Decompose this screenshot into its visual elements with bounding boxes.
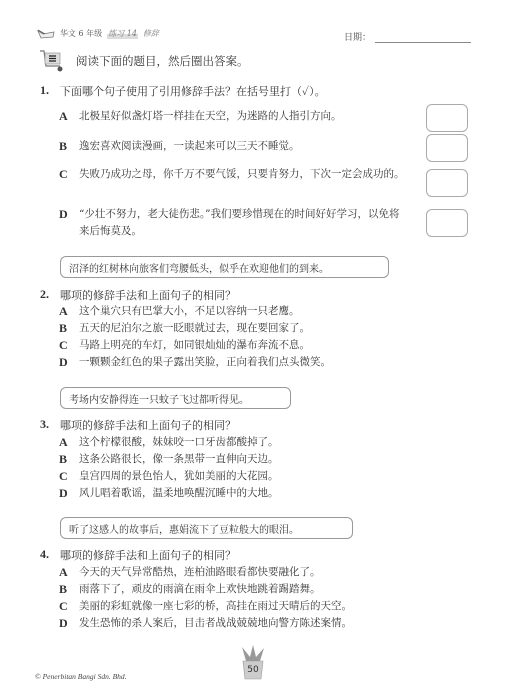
q3-option-c: C 皇宫四周的景色怡人，犹如美丽的大花园。 <box>59 468 279 485</box>
q3-option-b: B 这条公路很长，像一条黑带一直伸向天边。 <box>59 451 279 468</box>
q2-option-d: D 一颗颗金红色的果子露出笑脸，正向着我们点头微笑。 <box>59 354 331 371</box>
q2-option-b: B 五天的尼泊尔之旅一眨眼就过去，现在要回家了。 <box>59 320 310 337</box>
q2-option-c: C 马路上明亮的车灯，如同银灿灿的瀑布奔流不息。 <box>59 337 310 354</box>
page-number: 50 <box>238 645 268 681</box>
page-header: 华文 6 年级 练习 14 修辞 <box>37 28 159 39</box>
plant-pot-icon <box>238 645 268 681</box>
date-line[interactable] <box>375 33 471 43</box>
q2-quote-box: 沼泽的红树林向旅客们弯腰低头，似乎在欢迎他们的到来。 <box>60 256 389 278</box>
q3-option-a: A 这个柠檬很酸，妹妹咬一口牙齿都酸掉了。 <box>59 434 279 451</box>
q2-option-a: A 这个巢穴只有巴掌大小，不足以容纳一只老鹰。 <box>59 303 300 320</box>
copyright: © Penerbitan Bangi Sdn. Bhd. <box>35 672 127 681</box>
q4-option-b: B 雨落下了，顽皮的雨滴在雨伞上欢快地跳着踢踏舞。 <box>59 581 321 598</box>
q3-quote-box: 考场内安静得连一只蚊子飞过都听得见。 <box>60 387 291 409</box>
q3-option-d: D 风儿唱着歌谣，温柔地唤醒沉睡中的大地。 <box>59 485 279 502</box>
q1-option-b: B 逸宏喜欢阅读漫画，一读起来可以三天不睡觉。 <box>59 138 300 155</box>
q4-option-d: D 发生恐怖的杀人案后，目击者战战兢兢地向警方陈述案情。 <box>59 615 352 632</box>
question-2: 2. 哪项的修辞手法和上面句子的相同？ <box>40 287 236 303</box>
answer-box-a[interactable] <box>426 104 468 132</box>
book-title: 华文 6 年级 <box>60 28 102 39</box>
question-3: 3. 哪项的修辞手法和上面句子的相同？ <box>40 417 236 433</box>
q4-option-c: C 美丽的彩虹就像一座七彩的桥，高挂在雨过天晴后的天空。 <box>59 598 352 615</box>
q4-quote-box: 听了这感人的故事后，惠娟流下了豆粒般大的眼泪。 <box>60 517 353 539</box>
q4-option-a: A 今天的天气异常酷热，连柏油路眼看都快要融化了。 <box>59 564 321 581</box>
cart-list-icon <box>40 50 64 72</box>
answer-box-b[interactable] <box>426 134 468 162</box>
topic-label: 修辞 <box>143 28 159 39</box>
question-prompt: 下面哪个句子使用了引用修辞手法？在括号里打（✓）。 <box>60 83 326 99</box>
answer-box-d[interactable] <box>426 209 468 237</box>
instruction-text: 阅读下面的题目，然后圈出答案。 <box>76 53 249 69</box>
instruction: 阅读下面的题目，然后圈出答案。 <box>40 50 249 72</box>
question-4: 4. 哪项的修辞手法和上面句子的相同？ <box>40 547 236 563</box>
answer-box-c[interactable] <box>426 169 468 197</box>
page-number-text: 50 <box>238 665 268 675</box>
exercise-label: 练习 14 <box>107 28 138 39</box>
q1-option-c: C 失败乃成功之母，你千万不要气馁，只要肯努力，下次一定会成功的。 <box>59 166 405 183</box>
q1-option-d: D “少壮不努力，老大徒伤悲。”我们要珍惜现在的时间好好学习，以免将来后悔莫及。 <box>59 206 409 240</box>
date-label: 日期： <box>344 30 371 43</box>
pencil-book-icon <box>37 29 55 39</box>
q1-option-a: A 北极星好似盏灯塔一样挂在天空，为迷路的人指引方向。 <box>59 108 342 125</box>
question-1: 1. 下面哪个句子使用了引用修辞手法？在括号里打（✓）。 <box>40 83 326 99</box>
date-field[interactable]: 日期： <box>344 30 471 43</box>
